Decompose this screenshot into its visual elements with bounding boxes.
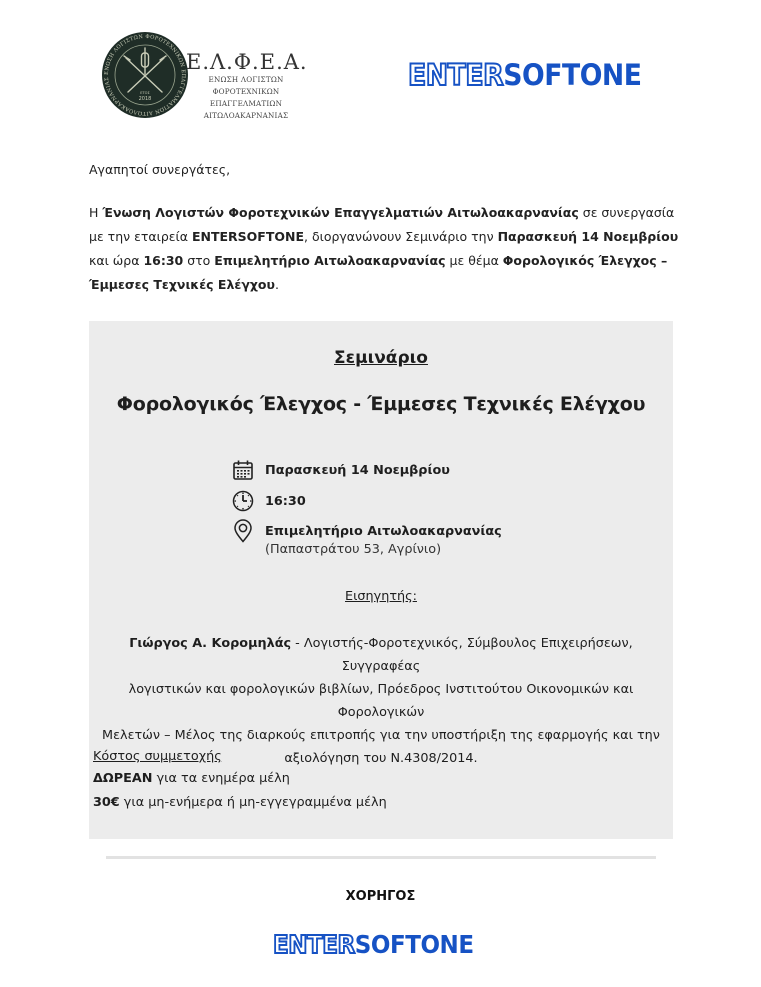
speaker-label: Εισηγητής: — [89, 589, 673, 604]
intro-highlight: ENTERSOFTONE — [192, 229, 304, 244]
cost-line-members: ΔΩΡΕΑΝ για τα ενημέρα μέλη — [93, 771, 290, 786]
intro-text: με θέμα — [446, 253, 503, 268]
clock-icon — [231, 489, 255, 513]
intro-highlight: Επιμελητήριο Αιτωλοακαρνανίας — [214, 253, 445, 268]
seminar-info-box: Σεμινάριο Φορολογικός Έλεγχος - Έμμεσες … — [89, 321, 673, 839]
intro-highlight: 16:30 — [143, 253, 183, 268]
sponsor-logo-part-softone: SOFTONE — [355, 930, 474, 959]
speaker-bio-line-3: Μελετών – Μέλος της διαρκούς επιτροπής γ… — [99, 724, 663, 747]
intro-text: . — [275, 277, 279, 292]
elfea-subtitle-2: ΦΟΡΟΤΕΧΝΙΚΩΝ ΕΠΑΓΓΕΛΜΑΤΙΩΝ — [186, 86, 306, 110]
speaker-name: Γιώργος Α. Κορομηλάς — [129, 636, 291, 651]
intro-highlight: Ένωση Λογιστών Φοροτεχνικών Επαγγελματιώ… — [102, 205, 578, 220]
intro-paragraph: Η Ένωση Λογιστών Φοροτεχνικών Επαγγελματ… — [89, 201, 679, 297]
logo-part-softone: SOFTONE — [503, 58, 641, 92]
speaker-bio-text-1: - Λογιστής-Φοροτεχνικός, Σύμβουλος Επιχε… — [291, 636, 633, 674]
seminar-kicker: Σεμινάριο — [89, 348, 673, 368]
elfea-subtitle-1: ΕΝΩΣΗ ΛΟΓΙΣΤΩΝ — [186, 74, 306, 86]
speaker-bio-line-2: λογιστικών και φορολογικών βιβλίων, Πρόε… — [99, 678, 663, 724]
greeting: Αγαπητοί συνεργάτες, — [89, 158, 230, 182]
speaker-label-colon: : — [413, 589, 417, 604]
cost-free-badge: ΔΩΡΕΑΝ — [93, 771, 153, 786]
elfea-title: Ε.Λ.Φ.Ε.Α. — [186, 50, 306, 74]
svg-text:2018: 2018 — [139, 96, 152, 102]
intro-highlight: Παρασκευή 14 Νοεμβρίου — [498, 229, 679, 244]
cost-price: 30€ — [93, 795, 120, 810]
speaker-label-text: Εισηγητής — [345, 589, 413, 604]
seminar-location-text: Επιμελητήριο Αιτωλοακαρνανίας — [265, 524, 502, 539]
svg-text:ΕΤΟΣ: ΕΤΟΣ — [140, 91, 150, 95]
sponsor-entersoftone-logo: ENTERSOFTONE — [273, 929, 474, 959]
logo-part-enter: ENTER — [408, 58, 503, 92]
cost-label: Κόστος συμμετοχής — [93, 749, 222, 764]
seminar-date-text: Παρασκευή 14 Νοεμβρίου — [265, 463, 450, 478]
map-pin-icon — [231, 519, 255, 543]
elfea-seal-logo: ΕΝΩΣΗ ΛΟΓΙΣΤΩΝ ΦΟΡΟΤΕΧΝΙΚΩΝ ΕΠΑΓΓΕΛΜΑΤΙΩ… — [100, 30, 190, 120]
divider — [106, 856, 656, 859]
seminar-title: Φορολογικός Έλεγχος - Έμμεσες Τεχνικές Ε… — [89, 393, 673, 415]
sponsor-logo-part-enter: ENTER — [273, 930, 355, 959]
seminar-date: Παρασκευή 14 Νοεμβρίου — [231, 458, 450, 482]
cost-line-non-members: 30€ για μη-ενήμερα ή μη-εγγεγραμμένα μέλ… — [93, 795, 387, 810]
speaker-bio-line-1: Γιώργος Α. Κορομηλάς - Λογιστής-Φοροτεχν… — [99, 632, 663, 678]
intro-text: και ώρα — [89, 253, 143, 268]
intro-text: στο — [183, 253, 214, 268]
seminar-location: Επιμελητήριο Αιτωλοακαρνανίας — [231, 519, 502, 543]
elfea-wordmark: Ε.Λ.Φ.Ε.Α. ΕΝΩΣΗ ΛΟΓΙΣΤΩΝ ΦΟΡΟΤΕΧΝΙΚΩΝ Ε… — [186, 50, 306, 122]
seminar-time-text: 16:30 — [265, 494, 306, 509]
seminar-time: 16:30 — [231, 489, 306, 513]
entersoftone-logo: ENTERSOFTONE — [408, 58, 642, 92]
intro-text: Η — [89, 205, 102, 220]
calendar-icon — [231, 458, 255, 482]
intro-text: , διοργανώνουν Σεμινάριο την — [304, 229, 498, 244]
cost-price-text: για μη-ενήμερα ή μη-εγγεγραμμένα μέλη — [120, 795, 387, 810]
sponsor-label: ΧΟΡΗΓΟΣ — [0, 889, 761, 904]
elfea-seal-icon: ΕΝΩΣΗ ΛΟΓΙΣΤΩΝ ΦΟΡΟΤΕΧΝΙΚΩΝ ΕΠΑΓΓΕΛΜΑΤΙΩ… — [100, 30, 190, 120]
cost-free-text: για τα ενημέρα μέλη — [153, 771, 290, 786]
seminar-address: (Παπαστράτου 53, Αγρίνιο) — [265, 542, 441, 557]
elfea-subtitle-3: ΑΙΤΩΛΟΑΚΑΡΝΑΝΙΑΣ — [186, 110, 306, 122]
